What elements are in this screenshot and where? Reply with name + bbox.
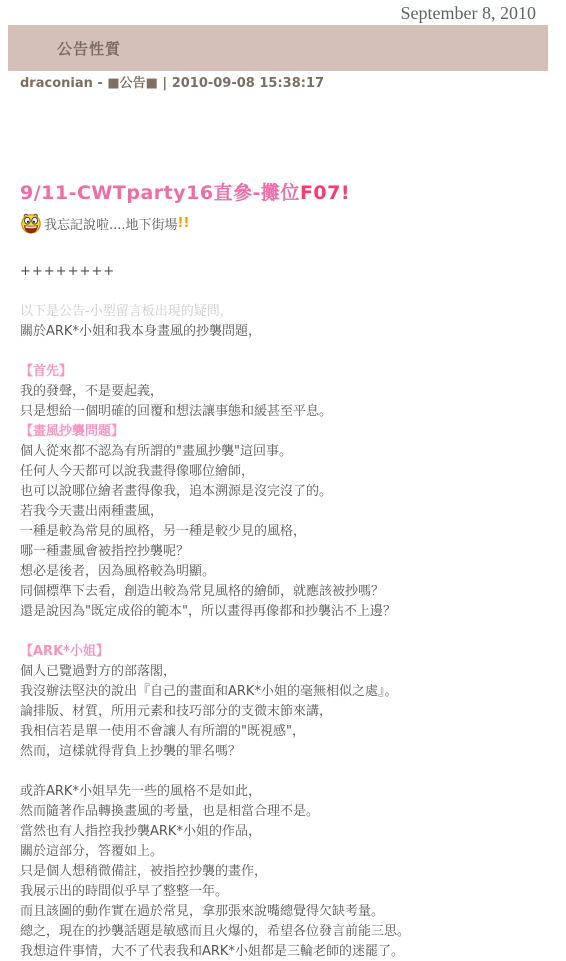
body-line: 同個標準下去看，創造出較為常見風格的繪師，就應該被抄嗎？ [20,582,566,602]
body-line: 或許ARK*小姐早先一些的風格不是如此， [20,782,566,802]
post: 9/11-CWTparty16直參-攤位F07! 我忘記說啦....地下街場 !… [20,180,566,961]
post-title-main: 9/11-CWTparty16直參-攤位 [20,182,300,204]
body-line: 想必是後者，因為風格較為明顯。 [20,562,566,582]
blank-line [20,622,566,642]
intro-exclamation: !! [178,216,190,231]
body-line: 個人已覽過對方的部落閣， [20,662,566,682]
body-line: 若我今天畫出兩種畫風， [20,502,566,522]
body-line: 而且該圖的動作實在過於常見，拿那張來說嘴總覺得欠缺考量。 [20,902,566,922]
body-line: 個人從來都不認為有所謂的"畫風抄襲"這回事。 [20,442,566,462]
body-line: 只是個人想稍微備註，被指控抄襲的畫作， [20,862,566,882]
body-line: 只是想給一個明確的回覆和想法讓事態和緩甚至平息。 [20,402,566,422]
body-line: 關於ARK*小姐和我本身畫風的抄襲問題， [20,322,566,342]
body-line: 關於這部分，答覆如上。 [20,842,566,862]
page-date: September 8, 2010 [0,3,566,23]
body-line: 也可以說哪位繪者畫得像我，追本溯源是沒完沒了的。 [20,482,566,502]
body-line: 我想這件事情，大不了代表我和ARK*小姐都是三輪老師的迷罷了。 [20,942,566,961]
laughing-emoji-icon [20,212,42,234]
body-line: 還是說因為"既定成俗的範本"，所以畫得再像都和抄襲沾不上邊？ [20,602,566,622]
body-line: 一種是較為常見的風格，另一種是較少見的風格， [20,522,566,542]
body-line: 然而隨著作品轉換畫風的考量，也是相當合理不是。 [20,802,566,822]
body-line: 總之，現在的抄襲話題是敏感而且火爆的，希望各位發言前能三思。 [20,922,566,942]
divider-line: ++++++++ [20,262,566,282]
blank-line [20,342,566,362]
post-title-highlight: F07! [300,182,350,204]
body-line: 然而，這樣就得背負上抄襲的罪名嗎？ [20,742,566,762]
byline-meta: - ■公告■ | 2010-09-08 15:38:17 [93,76,324,91]
body-line: 哪一種畫風會被指控抄襲呢？ [20,542,566,562]
section-header: 【首先】 [20,362,566,382]
body-line: 我相信若是單一使用不會讓人有所謂的"既視感"， [20,722,566,742]
section-header: 【畫風抄襲問題】 [20,422,566,442]
body-line: 當然也有人指控我抄襲ARK*小姐的作品， [20,822,566,842]
body-line: 我沒辦法堅決的說出『自己的畫面和ARK*小姐的毫無相似之處』。 [20,682,566,702]
section-header: 【ARK*小姐】 [20,642,566,662]
category-bar-label: 公告性質 [57,38,121,59]
author-name: draconian [20,76,93,91]
body-line: 我的發聲，不是要起義， [20,382,566,402]
body-line: 我展示出的時間似乎早了整整一年。 [20,882,566,902]
blank-line [20,282,566,302]
post-body: ++++++++ 以下是公告-小型留言板出現的疑問，關於ARK*小姐和我本身畫風… [20,242,566,961]
body-line: 論排版、材質，所用元素和技巧部分的支微末節來講， [20,702,566,722]
blank-line [20,242,566,262]
faded-body-line: 以下是公告-小型留言板出現的疑問， [20,302,566,322]
body-line: 任何人今天都可以說我畫得像哪位繪師， [20,462,566,482]
intro-text: 我忘記說啦....地下街場 [44,214,178,233]
post-title[interactable]: 9/11-CWTparty16直參-攤位F07! [20,180,566,206]
post-byline: draconian - ■公告■ | 2010-09-08 15:38:17 [20,76,566,92]
blank-line [20,762,566,782]
intro-line: 我忘記說啦....地下街場 !! [20,210,566,236]
category-bar: 公告性質 [8,25,548,71]
